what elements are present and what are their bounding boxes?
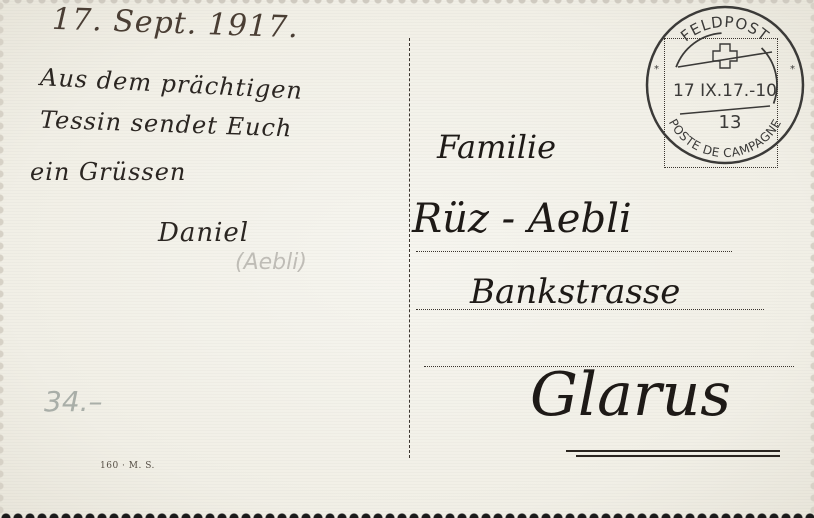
address-line-1: Familie [437,128,556,166]
address-line-2: Rüz - Aebli [412,196,632,242]
address-rule-2 [416,309,764,310]
deckled-edge-bottom [0,510,814,518]
deckled-edge-right [809,0,814,518]
center-divider [409,38,410,458]
svg-text:13: 13 [719,112,742,133]
pencil-annotation: (Aebli) [235,250,307,275]
postcard-back: 17. Sept. 1917. Aus dem prächtigen Tessi… [0,0,814,518]
address-underline-2 [576,455,780,457]
address-line-4: Glarus [530,360,731,430]
address-underline-1 [566,450,780,452]
signature: Daniel [158,218,249,248]
feldpost-postmark-icon: FELDPOST POSTE DE CAMPAGNE * * 17 IX.17.… [642,2,808,168]
address-line-3: Bankstrasse [470,272,680,312]
message-line-2: Tessin sendet Euch [40,106,293,143]
message-line-1: Aus dem prächtigen [39,63,303,105]
price-annotation: 34.– [44,385,103,418]
address-rule-3 [424,366,794,367]
svg-text:FELDPOST: FELDPOST [677,13,772,45]
address-rule-1 [416,251,732,252]
printer-mark: 160 · M. S. [100,461,155,471]
deckled-edge-left [0,0,5,518]
message-line-3: ein Grüssen [30,158,186,186]
message-date: 17. Sept. 1917. [51,2,299,46]
svg-text:*: * [654,64,659,75]
svg-text:*: * [790,64,795,75]
svg-text:17 IX.17.-10: 17 IX.17.-10 [673,81,777,101]
